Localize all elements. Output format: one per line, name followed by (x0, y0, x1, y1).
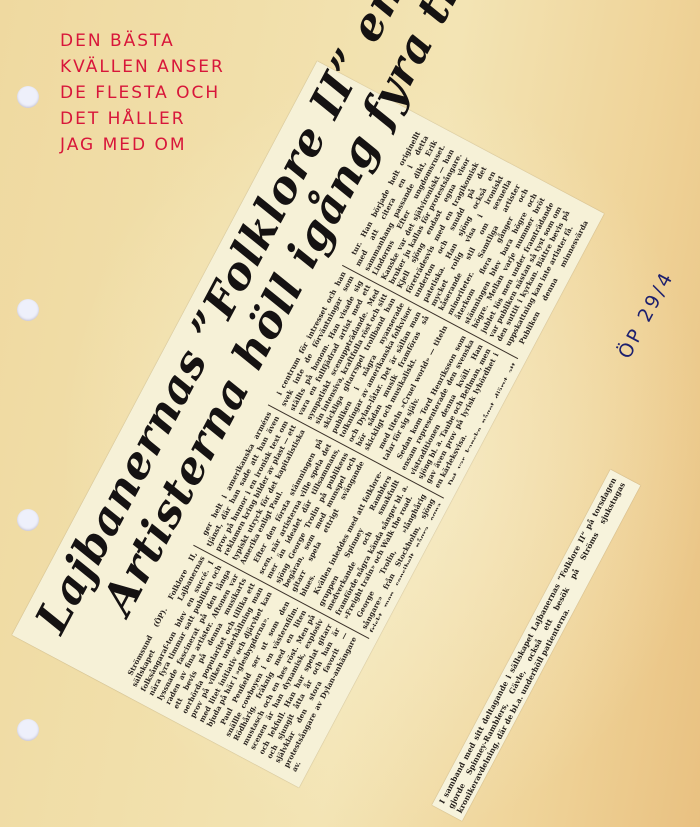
note-line: KVÄLLEN ANSER (60, 54, 225, 80)
binder-hole (17, 509, 39, 531)
caption-clipping: I samband med sitt deltagande i sällskap… (432, 469, 640, 820)
binder-hole (17, 299, 39, 321)
binder-hole (17, 719, 39, 741)
binder-hole (17, 86, 39, 108)
note-line: DE FLESTA OCH (60, 80, 225, 106)
caption-text: I samband med sitt deltagande i sällskap… (437, 476, 634, 814)
note-line: DEN BÄSTA (60, 28, 225, 54)
note-line: DET HÅLLER (60, 106, 225, 132)
note-line: JAG MED OM (60, 132, 225, 158)
source-date-annotation: ÖP 29/4 (614, 267, 679, 362)
handwritten-note: DEN BÄSTA KVÄLLEN ANSER DE FLESTA OCH DE… (60, 28, 225, 158)
